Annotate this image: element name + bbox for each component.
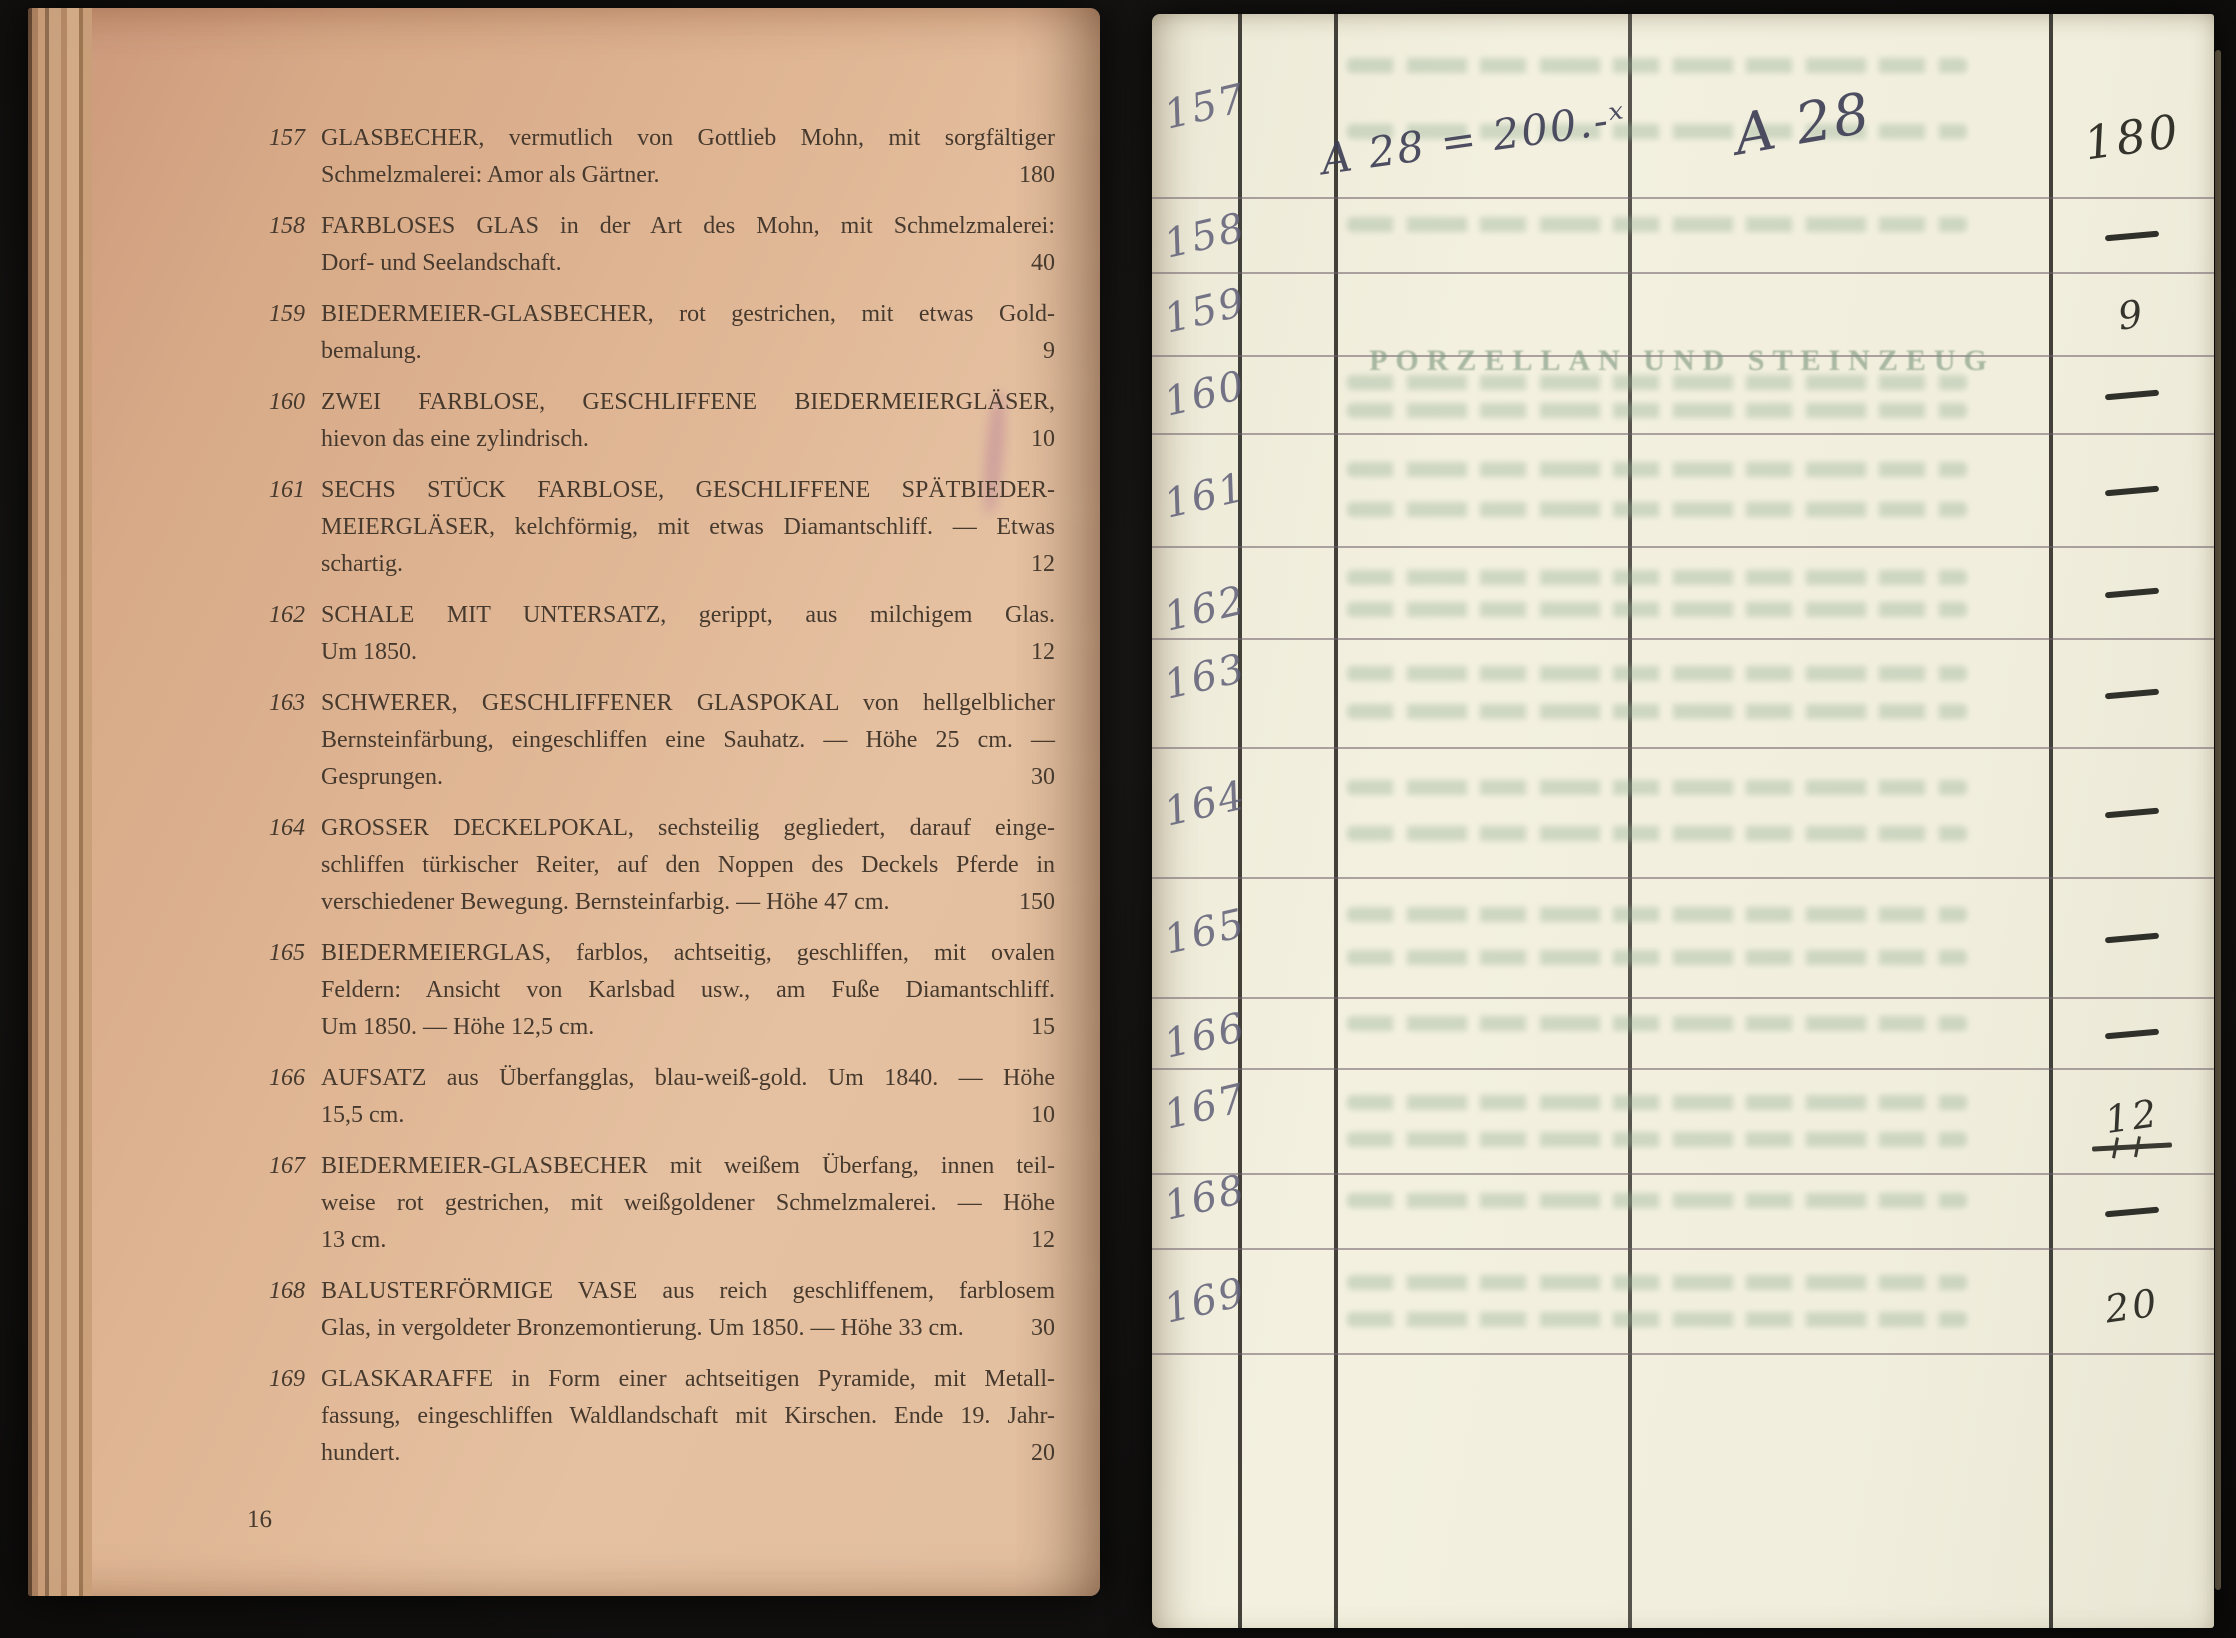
entry-line: BIEDERMEIER-GLASBECHER mit weißem Überfa…: [321, 1148, 1055, 1185]
price-cell: 12: [2067, 1094, 2197, 1149]
lot-number: 157: [233, 120, 321, 194]
ledger-rows: 157 180 158 159 9: [1152, 14, 2214, 1628]
price-cell: [2067, 392, 2197, 398]
price-cell: [2067, 488, 2197, 494]
estimate-price: 12: [1031, 546, 1055, 583]
catalog-entry: 160 ZWEI FARBLOSE, GESCHLIFFENE BIEDERME…: [233, 384, 1055, 458]
handwritten-value: 20: [2102, 1280, 2162, 1331]
entry-text: SCHWERER, GESCHLIFFENER GLASPOKAL von he…: [321, 685, 1055, 796]
estimate-price: 40: [1031, 245, 1055, 282]
entry-line: SCHWERER, GESCHLIFFENER GLASPOKAL von he…: [321, 685, 1055, 722]
catalog-entry: 169 GLASKARAFFE in Form einer achtseitig…: [233, 1361, 1055, 1472]
entry-line: 150verschiedener Bewegung. Bernsteinfarb…: [321, 884, 1055, 921]
estimate-price: 12: [1031, 1222, 1055, 1259]
showthrough-band: [1347, 502, 1967, 517]
entry-line: 12schartig.: [321, 546, 1055, 583]
estimate-price: 12: [1031, 634, 1055, 671]
handwritten-lot-number: 164: [1160, 772, 1251, 835]
entry-text: GLASBECHER, vermutlich von Gottlieb Mohn…: [321, 120, 1055, 194]
catalog-entry: 164 GROSSER DECKELPOKAL, sechsteilig geg…: [233, 810, 1055, 921]
catalog-entry: 167 BIEDERMEIER-GLASBECHER mit weißem Üb…: [233, 1148, 1055, 1259]
showthrough-band: [1347, 602, 1967, 617]
catalog-page: 157 GLASBECHER, vermutlich von Gottlieb …: [28, 8, 1100, 1596]
entry-line: Bernsteinfärbung, eingeschliffen eine Sa…: [321, 722, 1055, 759]
entry-line: fassung, eingeschliffen Waldlandschaft m…: [321, 1398, 1055, 1435]
lot-number: 159: [233, 296, 321, 370]
price-cell: [2067, 1209, 2197, 1215]
entry-text: FARBLOSES GLAS in der Art des Mohn, mit …: [321, 208, 1055, 282]
entry-line: AUFSATZ aus Überfangglas, blau-weiß-gold…: [321, 1060, 1055, 1097]
entry-text: GROSSER DECKELPOKAL, sechsteilig geglied…: [321, 810, 1055, 921]
estimate-price: 150: [1019, 884, 1055, 921]
entry-line: 12Um 1850.: [321, 634, 1055, 671]
handwritten-dash: [2105, 485, 2159, 496]
handwritten-lot-number: 157: [1160, 75, 1251, 138]
book-scan: 157 GLASBECHER, vermutlich von Gottlieb …: [0, 0, 2236, 1638]
catalog-entry: 157 GLASBECHER, vermutlich von Gottlieb …: [233, 120, 1055, 194]
entry-text: BIEDERMEIERGLAS, farblos, achtseitig, ge…: [321, 935, 1055, 1046]
entry-line: schliffen türkischer Reiter, auf den Nop…: [321, 847, 1055, 884]
price-cell: [2067, 1031, 2197, 1037]
entry-line: Feldern: Ansicht von Karlsbad usw., am F…: [321, 972, 1055, 1009]
handwritten-dash: [2105, 808, 2159, 819]
handwritten-lot-number: 162: [1160, 577, 1251, 640]
lot-number: 167: [233, 1148, 321, 1259]
entry-line: 30Gesprungen.: [321, 759, 1055, 796]
ledger-row: 157 180: [1152, 14, 2214, 199]
lot-number: 161: [233, 472, 321, 583]
handwritten-lot-number: 159: [1160, 279, 1251, 342]
lot-number: 162: [233, 597, 321, 671]
catalog-entry: 165 BIEDERMEIERGLAS, farblos, achtseitig…: [233, 935, 1055, 1046]
entry-text: BIEDERMEIER-GLASBECHER, rot gestrichen, …: [321, 296, 1055, 370]
entry-line: GROSSER DECKELPOKAL, sechsteilig geglied…: [321, 810, 1055, 847]
showthrough-band: [1347, 217, 1967, 232]
estimate-price: 10: [1031, 421, 1055, 458]
entry-line: BALUSTERFÖRMIGE VASE aus reich geschliff…: [321, 1273, 1055, 1310]
entry-text: GLASKARAFFE in Form einer achtseitigen P…: [321, 1361, 1055, 1472]
entry-text: BIEDERMEIER-GLASBECHER mit weißem Überfa…: [321, 1148, 1055, 1259]
estimate-price: 10: [1031, 1097, 1055, 1134]
estimate-price: 20: [1031, 1435, 1055, 1472]
entry-text: AUFSATZ aus Überfangglas, blau-weiß-gold…: [321, 1060, 1055, 1134]
showthrough-band: [1347, 780, 1967, 795]
entry-line: ZWEI FARBLOSE, GESCHLIFFENE BIEDERMEIERG…: [321, 384, 1055, 421]
entry-line: GLASKARAFFE in Form einer achtseitigen P…: [321, 1361, 1055, 1398]
handwritten-value: 12: [2102, 1090, 2162, 1141]
lot-number: 168: [233, 1273, 321, 1347]
handwritten-value: 9: [2115, 291, 2148, 338]
lot-number: 163: [233, 685, 321, 796]
entry-line: BIEDERMEIERGLAS, farblos, achtseitig, ge…: [321, 935, 1055, 972]
ledger-row: 164: [1152, 749, 2214, 879]
handwritten-dash: [2105, 688, 2159, 699]
entry-line: 15Um 1850. — Höhe 12,5 cm.: [321, 1009, 1055, 1046]
price-cell: [2067, 691, 2197, 697]
ledger-row: 158: [1152, 199, 2214, 274]
entry-line: 40Dorf- und Seelandschaft.: [321, 245, 1055, 282]
entry-line: MEIERGLÄSER, kelchförmig, mit etwas Diam…: [321, 509, 1055, 546]
lot-number: 164: [233, 810, 321, 921]
lot-number: 169: [233, 1361, 321, 1472]
showthrough-band: [1347, 403, 1967, 418]
price-cell: 20: [2067, 1284, 2197, 1328]
showthrough-band: [1347, 666, 1967, 681]
handwritten-dash: [2105, 1028, 2159, 1039]
ledger-row: 161: [1152, 435, 2214, 548]
catalog-entry: 158 FARBLOSES GLAS in der Art des Mohn, …: [233, 208, 1055, 282]
showthrough-band: [1347, 950, 1967, 965]
showthrough-band: [1347, 1193, 1967, 1208]
entry-line: weise rot gestrichen, mit weißgoldener S…: [321, 1185, 1055, 1222]
catalog-entry: 161 SECHS STÜCK FARBLOSE, GESCHLIFFENE S…: [233, 472, 1055, 583]
price-cell: [2067, 233, 2197, 239]
page-edge: [2215, 50, 2221, 1590]
handwritten-lot-number: 163: [1160, 645, 1251, 708]
handwritten-dash: [2105, 933, 2159, 944]
showthrough-section-heading: PORZELLAN UND STEINZEUG: [1292, 344, 2072, 378]
ledger-row: 167 12: [1152, 1070, 2214, 1175]
catalog-entry: 168 BALUSTERFÖRMIGE VASE aus reich gesch…: [233, 1273, 1055, 1347]
handwritten-dash: [2105, 390, 2159, 401]
handwritten-lot-number: 167: [1160, 1075, 1251, 1138]
entry-text: BALUSTERFÖRMIGE VASE aus reich geschliff…: [321, 1273, 1055, 1347]
crossed-out-dash: [2092, 1142, 2172, 1151]
entry-line: 9bemalung.: [321, 333, 1055, 370]
showthrough-band: [1347, 1312, 1967, 1327]
estimate-price: 30: [1031, 1310, 1055, 1347]
entry-line: BIEDERMEIER-GLASBECHER, rot gestrichen, …: [321, 296, 1055, 333]
page-number: 16: [247, 1506, 1055, 1534]
showthrough-band: [1347, 1132, 1967, 1147]
lot-number: 165: [233, 935, 321, 1046]
entry-line: 10hievon das eine zylindrisch.: [321, 421, 1055, 458]
ledger-row: 166: [1152, 999, 2214, 1070]
entry-line: GLASBECHER, vermutlich von Gottlieb Mohn…: [321, 120, 1055, 157]
showthrough-band: [1347, 570, 1967, 585]
ledger-row: 168: [1152, 1175, 2214, 1250]
estimate-price: 15: [1031, 1009, 1055, 1046]
entry-text: SCHALE MIT UNTERSATZ, gerippt, aus milch…: [321, 597, 1055, 671]
catalog-entry: 159 BIEDERMEIER-GLASBECHER, rot gestrich…: [233, 296, 1055, 370]
catalog-entries: 157 GLASBECHER, vermutlich von Gottlieb …: [233, 120, 1055, 1534]
handwritten-lot-number: 169: [1160, 1269, 1251, 1332]
entry-line: 30Glas, in vergoldeter Bronzemontierung.…: [321, 1310, 1055, 1347]
handwritten-lot-number: 161: [1160, 464, 1251, 527]
ledger-tissue-page: 157 180 158 159 9: [1152, 14, 2214, 1628]
catalog-entry: 162 SCHALE MIT UNTERSATZ, gerippt, aus m…: [233, 597, 1055, 671]
handwritten-dash: [2105, 230, 2159, 241]
showthrough-band: [1347, 462, 1967, 477]
ledger-row: 169 20: [1152, 1250, 2214, 1355]
entry-line: 1213 cm.: [321, 1222, 1055, 1259]
book-fore-edge: [28, 8, 92, 1596]
handwritten-dash: [2105, 1206, 2159, 1217]
price-cell: 180: [2067, 110, 2197, 164]
entry-line: 20hundert.: [321, 1435, 1055, 1472]
lot-number: 158: [233, 208, 321, 282]
price-cell: [2067, 810, 2197, 816]
handwritten-lot-number: 165: [1160, 900, 1251, 963]
ledger-row: 165: [1152, 879, 2214, 999]
handwritten-value: 180: [2080, 104, 2183, 171]
showthrough-band: [1347, 826, 1967, 841]
entry-line: SECHS STÜCK FARBLOSE, GESCHLIFFENE SPÄTB…: [321, 472, 1055, 509]
showthrough-band: [1347, 704, 1967, 719]
showthrough-band: [1347, 1016, 1967, 1031]
price-cell: [2067, 935, 2197, 941]
handwritten-lot-number: 168: [1160, 1166, 1251, 1229]
lot-number: 160: [233, 384, 321, 458]
entry-text: ZWEI FARBLOSE, GESCHLIFFENE BIEDERMEIERG…: [321, 384, 1055, 458]
price-cell: 9: [2067, 293, 2197, 337]
estimate-price: 9: [1043, 333, 1055, 370]
catalog-entry: 163 SCHWERER, GESCHLIFFENER GLASPOKAL vo…: [233, 685, 1055, 796]
handwritten-dash: [2105, 588, 2159, 599]
handwritten-lot-number: 160: [1160, 362, 1251, 425]
entry-line: SCHALE MIT UNTERSATZ, gerippt, aus milch…: [321, 597, 1055, 634]
showthrough-band: [1347, 1095, 1967, 1110]
showthrough-band: [1347, 58, 1967, 73]
showthrough-band: [1347, 907, 1967, 922]
catalog-entry: 166 AUFSATZ aus Überfangglas, blau-weiß-…: [233, 1060, 1055, 1134]
entry-line: FARBLOSES GLAS in der Art des Mohn, mit …: [321, 208, 1055, 245]
ledger-row: 163: [1152, 640, 2214, 749]
estimate-price: 180: [1019, 157, 1055, 194]
showthrough-band: [1347, 1275, 1967, 1290]
entry-line: 180Schmelzmalerei: Amor als Gärtner.: [321, 157, 1055, 194]
estimate-price: 30: [1031, 759, 1055, 796]
entry-text: SECHS STÜCK FARBLOSE, GESCHLIFFENE SPÄTB…: [321, 472, 1055, 583]
handwritten-lot-number: 158: [1160, 204, 1251, 267]
price-cell: [2067, 590, 2197, 596]
entry-line: 1015,5 cm.: [321, 1097, 1055, 1134]
lot-number: 166: [233, 1060, 321, 1134]
handwritten-lot-number: 166: [1160, 1004, 1251, 1067]
ledger-row: 162: [1152, 548, 2214, 640]
